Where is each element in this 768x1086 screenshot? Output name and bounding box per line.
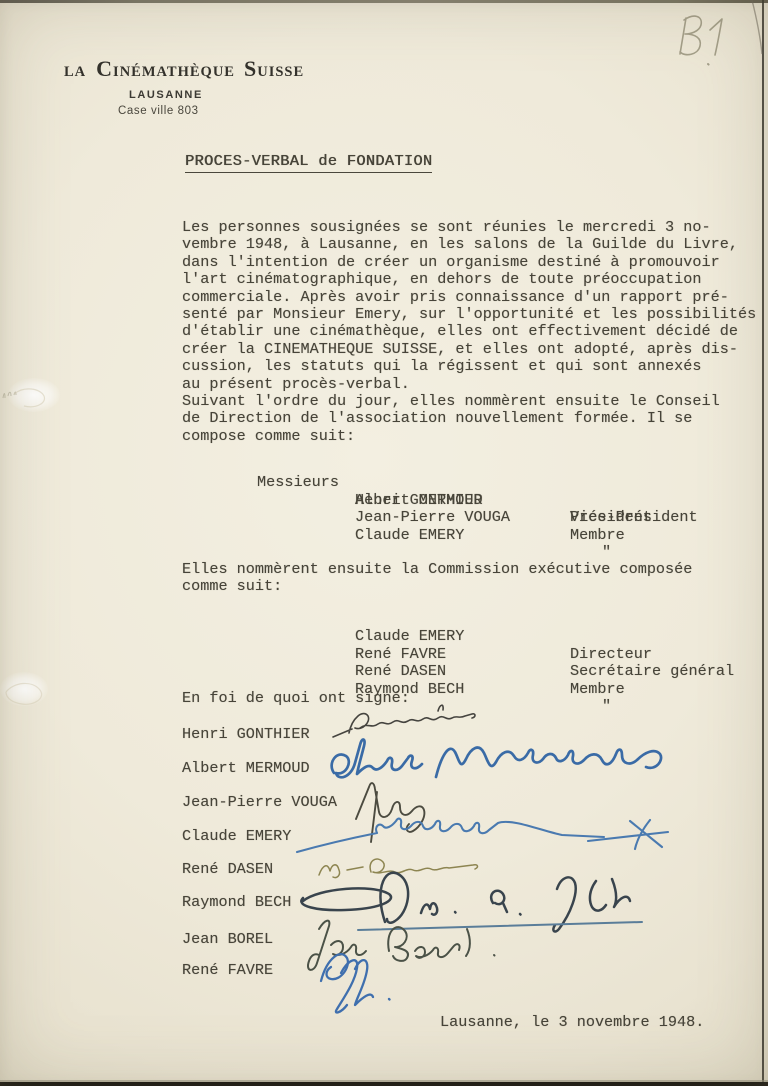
- commission-row: Raymond BECH ": [182, 663, 742, 680]
- paper-scuff-outline: [0, 674, 60, 714]
- scan-corner-crease: [742, 0, 768, 60]
- scan-edge-bottom: [0, 1082, 768, 1086]
- document-title: PROCES-VERBAL de FONDATION: [185, 153, 432, 173]
- signature-vouga-ink: [356, 783, 424, 842]
- commission-row: Claude EMERY Directeur: [182, 611, 742, 628]
- dateline: Lausanne, le 3 novembre 1948.: [440, 1014, 704, 1031]
- signer-label-bech: Raymond BECH: [182, 894, 291, 911]
- letterhead-cap-c: C: [96, 56, 113, 81]
- signer-label-mermoud: Albert MERMOUD: [182, 760, 310, 777]
- handwritten-code-b1-icon: [668, 8, 740, 68]
- signer-label-vouga: Jean-Pierre VOUGA: [182, 794, 337, 811]
- commission-list: Claude EMERY Directeur René FAVRE Secrét…: [182, 611, 742, 683]
- signer-label-dasen: René DASEN: [182, 861, 273, 878]
- signer-label-gonthier: Henri GONTHIER: [182, 726, 310, 743]
- scan-edge-right: [762, 0, 764, 1086]
- scan-edge-top: [0, 0, 768, 3]
- member-role-ditto: ": [570, 544, 611, 561]
- signature-gonthier-ink: [333, 705, 475, 737]
- commission-row: René DASEN Membre: [182, 646, 742, 663]
- paper-pencil-scuff: [0, 380, 60, 420]
- opening-paragraph: Les personnes sousignées se sont réunies…: [182, 219, 768, 445]
- letterhead-cap-s: S: [244, 56, 257, 81]
- council-row: Messieurs Henri GONTHIER Président: [182, 457, 742, 474]
- scanned-document-page: LA CINÉMATHÈQUE SUISSE LAUSANNE Case vil…: [0, 0, 768, 1086]
- signature-intro: En foi de quoi ont signé:: [182, 690, 410, 707]
- member-role: Membre: [570, 527, 625, 544]
- signer-label-favre: René FAVRE: [182, 962, 273, 979]
- signature-emery-ink: [297, 819, 668, 852]
- signature-mermoud-ink: [332, 739, 661, 777]
- signature-borel-ink: [308, 921, 495, 970]
- signer-label-borel: Jean BOREL: [182, 931, 273, 948]
- letterhead-word-la: LA: [64, 64, 86, 80]
- signer-label-emery: Claude EMERY: [182, 828, 291, 845]
- letterhead-word-inematheque: INÉMATHÈQUE: [113, 64, 235, 80]
- letterhead: LA CINÉMATHÈQUE SUISSE: [64, 56, 304, 82]
- member-role: Membre: [570, 681, 625, 698]
- signature-dasen-ink: [319, 859, 477, 878]
- council-row: Albert MERMOUD Vice-Président: [182, 474, 742, 491]
- member-name: Claude EMERY: [355, 527, 464, 544]
- letterhead-organization-name: LA CINÉMATHÈQUE SUISSE: [64, 56, 304, 82]
- letterhead-address: Case ville 803: [118, 105, 199, 117]
- council-row: Claude EMERY ": [182, 509, 742, 526]
- commission-row: René FAVRE Secrétaire général: [182, 628, 742, 645]
- letterhead-city: LAUSANNE: [129, 89, 203, 101]
- commission-intro: Elles nommèrent ensuite la Commission ex…: [182, 561, 768, 596]
- council-row: Jean-Pierre VOUGA Membre: [182, 492, 742, 509]
- member-role-ditto: ": [570, 698, 611, 715]
- signature-bech-ink: [301, 873, 642, 932]
- letterhead-word-uisse: UISSE: [257, 64, 304, 80]
- council-list: Messieurs Henri GONTHIER Président Alber…: [182, 457, 742, 529]
- signature-favre-ink: [321, 954, 390, 1012]
